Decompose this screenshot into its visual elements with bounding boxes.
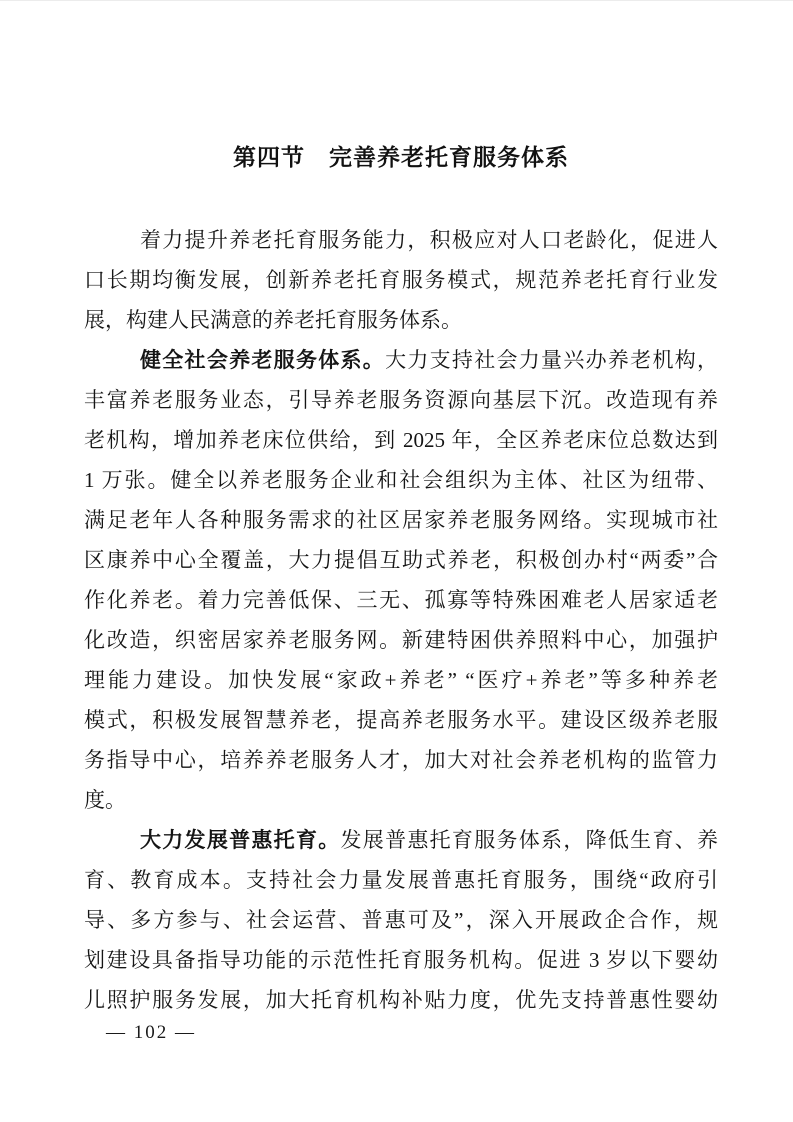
paragraph-line: 健全社会养老服务体系。大力支持社会力量兴办养老机构， (84, 340, 718, 380)
paragraph-line: 满足老年人各种服务需求的社区居家养老服务网络。实现城市社 (84, 500, 718, 540)
bold-lead: 大力发展普惠托育。 (140, 828, 341, 852)
page-number: — 102 — (106, 1021, 196, 1045)
paragraph-line: 展，构建人民满意的养老托育服务体系。 (84, 300, 718, 340)
paragraph-line: 大力发展普惠托育。发展普惠托育服务体系，降低生育、养 (84, 820, 718, 860)
paragraph-line: 1 万张。健全以养老服务企业和社会组织为主体、社区为纽带、 (84, 460, 718, 500)
body-text: 着力提升养老托育服务能力，积极应对人口老龄化，促进人 口长期均衡发展，创新养老托… (84, 220, 718, 1020)
paragraph-line: 丰富养老服务业态，引导养老服务资源向基层下沉。改造现有养 (84, 380, 718, 420)
paragraph-line: 理能力建设。加快发展“家政+养老” “医疗+养老”等多种养老 (84, 660, 718, 700)
paragraph-line: 口长期均衡发展，创新养老托育服务模式，规范养老托育行业发 (84, 260, 718, 300)
bold-lead: 健全社会养老服务体系。 (140, 348, 385, 372)
paragraph-line: 务指导中心，培养养老服务人才，加大对社会养老机构的监管力 (84, 740, 718, 780)
paragraph-line: 作化养老。着力完善低保、三无、孤寡等特殊困难老人居家适老 (84, 580, 718, 620)
line-text: 发展普惠托育服务体系，降低生育、养 (341, 828, 718, 852)
paragraph-line: 化改造，织密居家养老服务网。新建特困供养照料中心，加强护 (84, 620, 718, 660)
paragraph-line: 着力提升养老托育服务能力，积极应对人口老龄化，促进人 (84, 220, 718, 260)
document-page: 第四节 完善养老托育服务体系 着力提升养老托育服务能力，积极应对人口老龄化，促进… (0, 0, 793, 1122)
paragraph-line: 导、多方参与、社会运营、普惠可及”，深入开展政企合作，规 (84, 900, 718, 940)
paragraph-line: 度。 (84, 780, 718, 820)
paragraph-line: 模式，积极发展智慧养老，提高养老服务水平。建设区级养老服 (84, 700, 718, 740)
paragraph-line: 划建设具备指导功能的示范性托育服务机构。促进 3 岁以下婴幼 (84, 940, 718, 980)
paragraph-line: 育、教育成本。支持社会力量发展普惠托育服务，围绕“政府引 (84, 860, 718, 900)
section-title: 第四节 完善养老托育服务体系 (84, 139, 718, 175)
paragraph-line: 儿照护服务发展，加大托育机构补贴力度，优先支持普惠性婴幼 (84, 980, 718, 1020)
paragraph-line: 区康养中心全覆盖，大力提倡互助式养老，积极创办村“两委”合 (84, 540, 718, 580)
paragraph-line: 老机构，增加养老床位供给，到 2025 年，全区养老床位总数达到 (84, 420, 718, 460)
line-text: 大力支持社会力量兴办养老机构， (385, 348, 718, 372)
page-content: 第四节 完善养老托育服务体系 着力提升养老托育服务能力，积极应对人口老龄化，促进… (84, 139, 718, 1020)
